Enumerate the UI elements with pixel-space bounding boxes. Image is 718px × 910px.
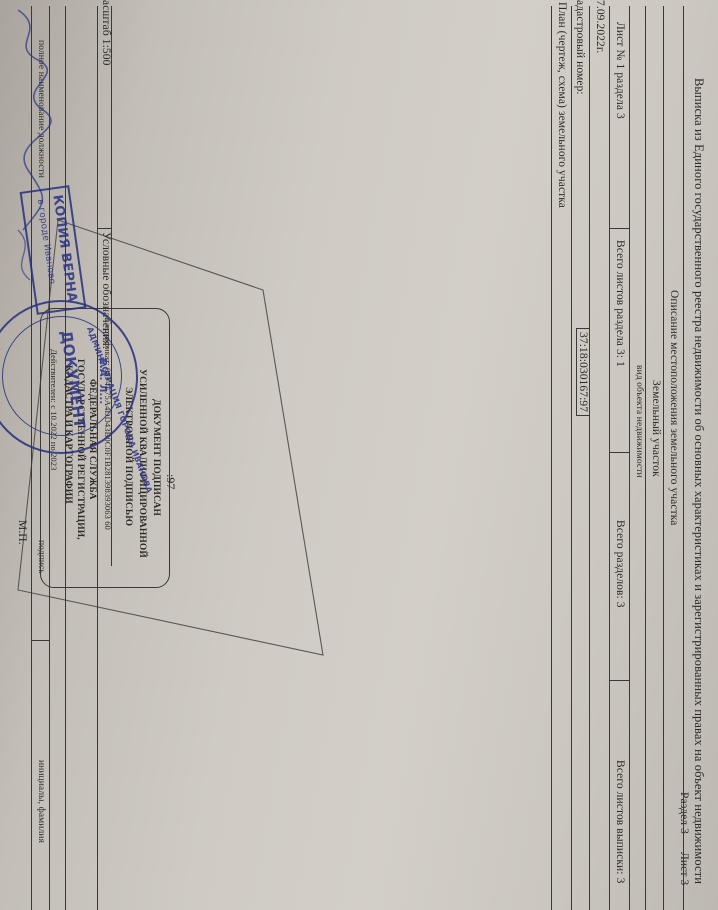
document-page: Выписка из Единого государственного реес… (0, 0, 718, 910)
scale-label: асштаб 1:500 (100, 0, 112, 65)
initials-caption: инициалы, фамилия (36, 760, 46, 843)
handwritten-signature (0, 0, 68, 320)
seal-initials: Е.А. Л... (97, 358, 108, 404)
mp-label: М.П. (16, 520, 28, 545)
ecp-line1: ДОКУМЕНТ ПОДПИСАН (151, 399, 161, 516)
